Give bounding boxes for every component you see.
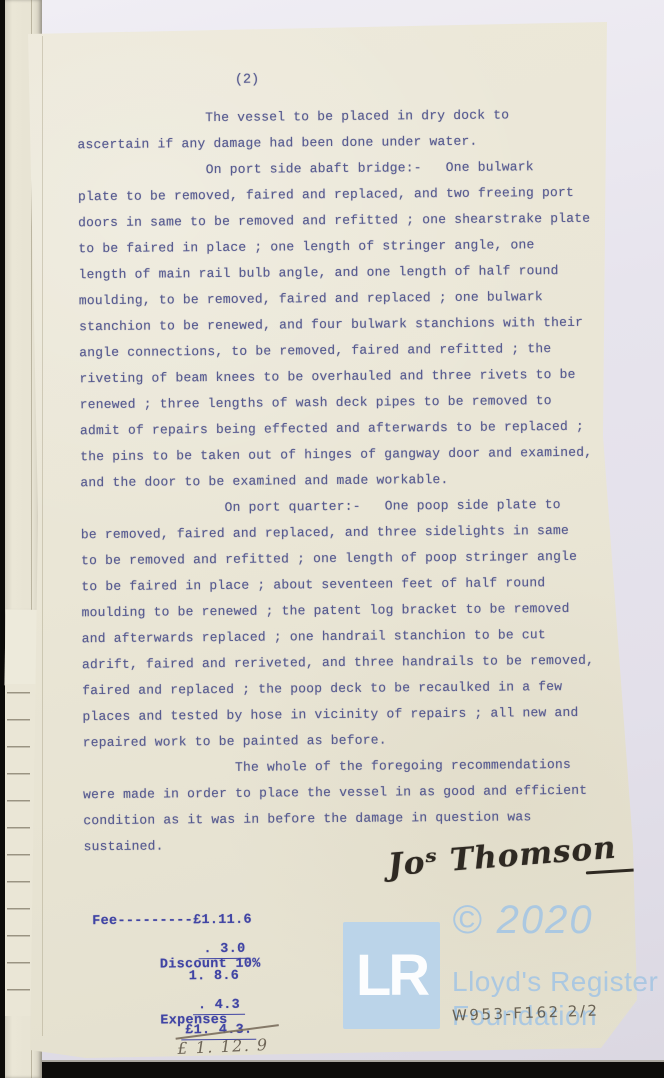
fee-section: Fee---------£1.11.6 Discount 10% . 3.0 1… — [22, 13, 645, 1066]
ledger-ruled-lines — [7, 692, 30, 1008]
fee-line: Fee---------£1.11.6 — [92, 913, 252, 929]
expenses-amount: . 4.3 — [193, 998, 245, 1015]
total-pencil: £ 1. 12. 9 — [177, 1035, 269, 1058]
discount-amount: . 3.0 — [198, 942, 250, 959]
page-content: (2) The vessel to be placed in dry dock … — [22, 13, 645, 1066]
document-page: (2) The vessel to be placed in dry dock … — [26, 16, 640, 1064]
net-amount: 1. 8.6 — [189, 969, 240, 984]
